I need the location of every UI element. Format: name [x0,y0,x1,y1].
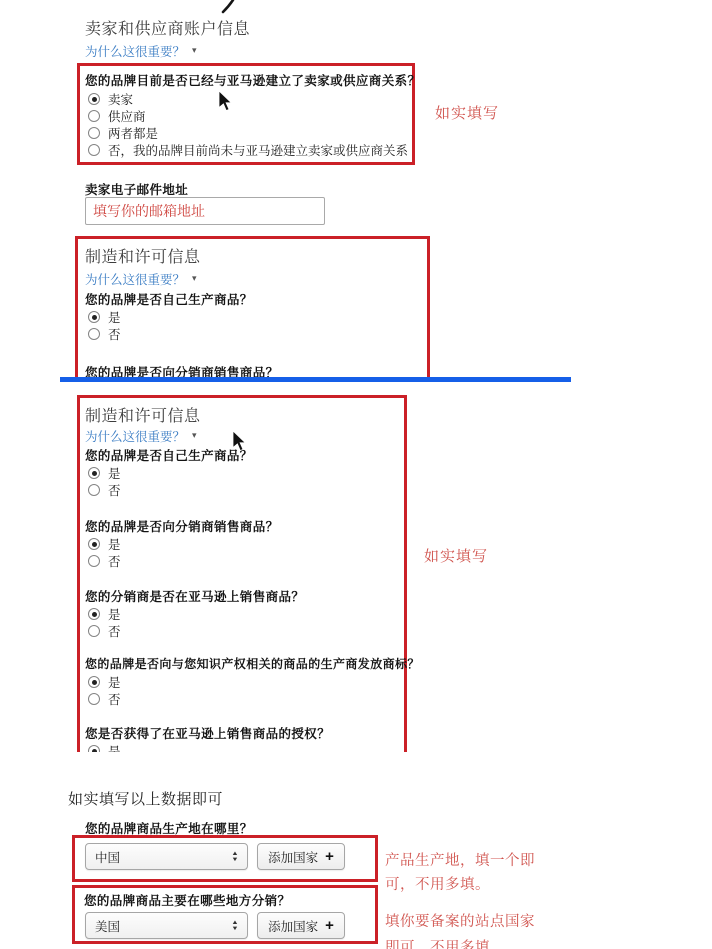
radio-checked-icon[interactable] [88,608,100,620]
why-important-label: 为什么这很重要？ [85,430,185,444]
radio-unchecked-icon[interactable] [88,625,100,637]
radio-unchecked-icon[interactable] [88,693,100,705]
why-important-label: 为什么这很重要？ [85,273,185,287]
annotation-distribution-line1: 填你要备案的站点国家 [385,910,535,931]
radio-unchecked-icon[interactable] [88,328,100,340]
why-important-link-1[interactable]: 为什么这很重要？▾ [85,42,197,60]
radio-option-vendor[interactable]: 供应商 [88,107,146,125]
radio-option-no[interactable]: 否 [88,690,121,708]
radio-unchecked-icon[interactable] [88,127,100,139]
annotation-fill-truthfully-1: 如实填写 [435,102,499,123]
question-authorized-to-sell: 您是否获得了在亚马逊上销售商品的授权？ [85,724,330,742]
radio-label: 否 [108,481,121,499]
mouse-cursor-icon [232,431,249,453]
add-country-button-distribution[interactable]: 添加国家 + [257,912,345,939]
tutorial-page: 卖家和供应商账户信息 为什么这很重要？▾ 您的品牌目前是否已经与亚马逊建立了卖家… [0,0,712,949]
radio-unchecked-icon[interactable] [88,110,100,122]
footer-tip: 如实填写以上数据即可 [68,788,223,809]
select-value: 中国 [95,848,120,866]
annotation-distribution-line2: 即可，不用多填。 [385,936,505,949]
question-relationship: 您的品牌目前是否已经与亚马逊建立了卖家或供应商关系？ [85,71,420,89]
radio-label: 是 [108,605,121,623]
radio-label: 否 [108,622,121,640]
question-self-produce: 您的品牌是否自己生产商品？ [85,446,253,464]
email-label: 卖家电子邮件地址 [85,180,188,198]
radio-unchecked-icon[interactable] [88,555,100,567]
radio-checked-icon[interactable] [88,676,100,688]
annotation-fill-truthfully-2: 如实填写 [424,545,488,566]
radio-checked-icon[interactable] [88,538,100,550]
radio-option-yes[interactable]: 是 [88,464,121,482]
radio-option-no[interactable]: 否 [88,622,121,640]
caret-down-icon: ▾ [192,273,197,283]
radio-option-none[interactable]: 否，我的品牌目前尚未与亚马逊建立卖家或供应商关系 [88,141,408,159]
why-important-link-2[interactable]: 为什么这很重要？▾ [85,270,197,288]
radio-label: 是 [108,742,121,752]
radio-option-no[interactable]: 否 [88,325,121,343]
add-country-button-origin[interactable]: 添加国家 + [257,843,345,870]
radio-option-yes[interactable]: 是 [88,742,208,752]
pen-stroke-mark [219,0,237,14]
annotation-origin-line1: 产品生产地，填一个即 [385,849,535,870]
mouse-cursor-icon [218,91,235,113]
radio-label: 供应商 [108,107,146,125]
radio-checked-icon[interactable] [88,93,100,105]
email-input[interactable] [85,197,325,225]
question-distributor-sells-on-amazon: 您的分销商是否在亚马逊上销售商品？ [85,587,304,605]
section-title-manufacture-full: 制造和许可信息 [85,403,201,426]
select-value: 美国 [95,917,120,935]
radio-unchecked-icon[interactable] [88,484,100,496]
radio-label: 是 [108,535,121,553]
radio-label: 卖家 [108,90,133,108]
radio-option-yes[interactable]: 是 [88,673,121,691]
plus-icon: + [325,848,334,865]
radio-checked-icon[interactable] [88,311,100,323]
section-title-seller-account: 卖家和供应商账户信息 [85,16,250,39]
blue-divider-line [60,377,571,382]
section-title-manufacture-top: 制造和许可信息 [85,244,201,267]
why-important-label: 为什么这很重要？ [85,45,185,59]
annotation-origin-line2: 可，不用多填。 [385,873,490,894]
stepper-down-icon: ▼ [231,857,238,863]
plus-icon: + [325,917,334,934]
question-self-produce-top: 您的品牌是否自己生产商品？ [85,290,253,308]
clipped-radio-row: 是 [88,742,208,752]
caret-down-icon: ▾ [192,430,197,440]
radio-label: 否 [108,690,121,708]
add-country-label: 添加国家 [268,917,318,935]
radio-label: 两者都是 [108,124,158,142]
radio-option-no[interactable]: 否 [88,552,121,570]
add-country-label: 添加国家 [268,848,318,866]
radio-option-yes[interactable]: 是 [88,605,121,623]
why-important-link-3[interactable]: 为什么这很重要？▾ [85,427,197,445]
radio-label: 是 [108,464,121,482]
radio-label: 否 [108,325,121,343]
question-distribution-places: 您的品牌商品主要在哪些地方分销？ [84,891,290,909]
select-stepper-icon: ▲ ▼ [232,851,238,863]
radio-option-yes[interactable]: 是 [88,535,121,553]
radio-label: 是 [108,673,121,691]
caret-down-icon: ▾ [192,45,197,55]
radio-option-seller[interactable]: 卖家 [88,90,133,108]
radio-checked-icon[interactable] [88,467,100,479]
radio-label: 否，我的品牌目前尚未与亚马逊建立卖家或供应商关系 [108,141,408,159]
radio-option-yes[interactable]: 是 [88,308,121,326]
radio-unchecked-icon[interactable] [88,144,100,156]
stepper-down-icon: ▼ [231,926,238,932]
country-select-origin[interactable]: 中国 ▲ ▼ [85,843,248,870]
radio-label: 否 [108,552,121,570]
question-sell-to-distributors: 您的品牌是否向分销商销售商品？ [85,517,279,535]
radio-checked-icon[interactable] [88,745,100,752]
radio-option-no[interactable]: 否 [88,481,121,499]
country-select-distribution[interactable]: 美国 ▲ ▼ [85,912,248,939]
radio-label: 是 [108,308,121,326]
question-license-trademark: 您的品牌是否向与您知识产权相关的商品的生产商发放商标？ [85,655,420,672]
select-stepper-icon: ▲ ▼ [232,920,238,932]
radio-option-both[interactable]: 两者都是 [88,124,158,142]
